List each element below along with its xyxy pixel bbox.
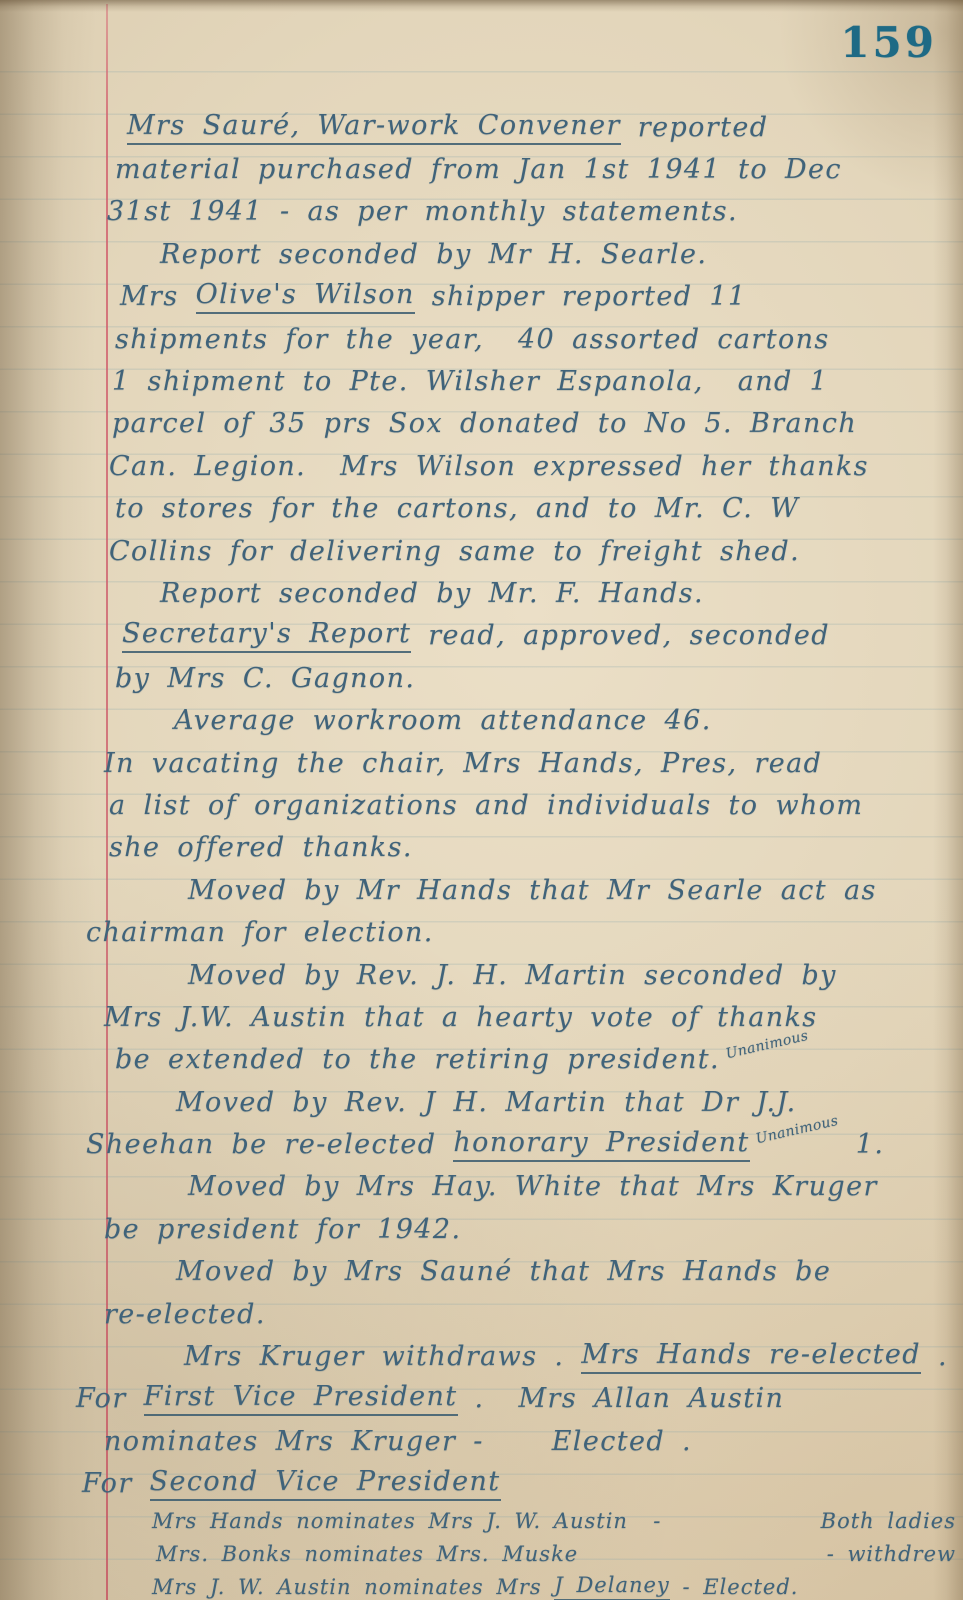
handwriting-line: parcel of 35 prs Sox donated to No 5. Br… bbox=[112, 403, 956, 445]
handwriting-line: material purchased from Jan 1st 1941 to … bbox=[115, 148, 956, 190]
handwriting-line: Average workroom attendance 46. bbox=[174, 699, 956, 741]
handwriting-text: re-elected. bbox=[104, 1299, 266, 1330]
page-top-edge bbox=[0, 0, 963, 12]
handwriting-line: Mrs Hands nominates Mrs J. W. Austin -Bo… bbox=[152, 1505, 956, 1538]
handwriting-text: For bbox=[82, 1468, 150, 1499]
handwriting-text: . Mrs Allan Austin bbox=[458, 1383, 785, 1414]
handwriting-text: Sheehan be re-elected bbox=[86, 1129, 453, 1160]
handwriting-text: nominates Mrs Kruger - Elected . bbox=[104, 1426, 692, 1457]
handwriting-text: to stores for the cartons, and to Mr. C.… bbox=[115, 493, 799, 524]
handwriting-line: Mrs Sauré, War-work Convener reported bbox=[127, 106, 956, 148]
handwriting-text: chairman for election. bbox=[86, 917, 434, 948]
handwriting-line: by Mrs C. Gagnon. bbox=[115, 657, 956, 699]
handwriting-text: Both ladies bbox=[821, 1509, 956, 1533]
handwriting-text: Moved by Mrs Sauné that Mrs Hands be bbox=[176, 1256, 831, 1287]
handwriting-line: Report seconded by Mr H. Searle. bbox=[160, 233, 956, 275]
handwriting-text: Mrs J. W. Austin nominates Mrs bbox=[152, 1575, 554, 1599]
handwriting-text: by Mrs C. Gagnon. bbox=[115, 663, 415, 694]
handwriting-text: Average workroom attendance 46. bbox=[174, 705, 712, 736]
handwriting-text: read, approved, seconded bbox=[411, 620, 830, 651]
handwriting-line: Report seconded by Mr. F. Hands. bbox=[160, 572, 956, 614]
handwriting-line: Collins for delivering same to freight s… bbox=[109, 530, 956, 572]
handwriting-line: be extended to the retiring president.Un… bbox=[115, 1039, 956, 1081]
handwriting-text: - Elected. bbox=[670, 1575, 799, 1599]
handwriting-line: Moved by Mr Hands that Mr Searle act as bbox=[188, 869, 956, 911]
handwriting-text: First Vice President bbox=[144, 1381, 458, 1416]
handwriting-line: For Second Vice President bbox=[82, 1463, 956, 1505]
red-margin-line bbox=[106, 4, 108, 1600]
handwriting-text: 31st 1941 - as per monthly statements. bbox=[107, 196, 738, 227]
handwriting-line: 31st 1941 - as per monthly statements. bbox=[107, 191, 956, 233]
handwriting-line: In vacating the chair, Mrs Hands, Pres, … bbox=[104, 742, 956, 784]
handwriting-text: Mrs Hands re-elected bbox=[581, 1339, 921, 1374]
handwriting-text: . bbox=[921, 1341, 948, 1372]
handwriting-line: Sheehan be re-elected honorary President… bbox=[86, 1123, 956, 1165]
handwriting-line: chairman for election. bbox=[86, 911, 956, 953]
notebook-page: 159 Mrs Sauré, War-work Convener reporte… bbox=[0, 0, 963, 1600]
handwriting-text: material purchased from Jan 1st 1941 to … bbox=[115, 154, 842, 185]
handwriting-text: shipments for the year, 40 assorted cart… bbox=[115, 324, 830, 355]
page-gutter-shadow bbox=[0, 0, 96, 1600]
handwriting-line: shipments for the year, 40 assorted cart… bbox=[115, 318, 956, 360]
handwriting-text: J Delaney bbox=[554, 1573, 669, 1600]
handwriting-text: Mrs bbox=[120, 281, 196, 312]
handwritten-minutes: Mrs Sauré, War-work Convener reportedmat… bbox=[112, 106, 956, 1600]
handwriting-text: shipper reported 11 bbox=[415, 281, 747, 312]
handwriting-text: 1. bbox=[839, 1129, 885, 1160]
handwriting-text: Report seconded by Mr H. Searle. bbox=[160, 239, 707, 270]
handwriting-text: Olive's Wilson bbox=[196, 279, 415, 314]
handwriting-text: Mrs Kruger withdraws . bbox=[184, 1341, 581, 1372]
handwriting-line: re-elected. bbox=[104, 1293, 956, 1335]
handwriting-line: be president for 1942. bbox=[104, 1208, 956, 1250]
handwriting-text: Mrs Sauré, War-work Convener bbox=[127, 110, 621, 145]
handwriting-line: Mrs Olive's Wilson shipper reported 11 bbox=[120, 276, 956, 318]
handwriting-text: she offered thanks. bbox=[109, 832, 413, 863]
handwriting-text: reported bbox=[621, 112, 769, 143]
handwriting-text: Second Vice President bbox=[150, 1466, 501, 1501]
handwriting-text: Moved by Mr Hands that Mr Searle act as bbox=[188, 875, 877, 906]
handwriting-line: to stores for the cartons, and to Mr. C.… bbox=[115, 488, 956, 530]
handwriting-text: - withdrew bbox=[827, 1542, 956, 1566]
handwriting-line: she offered thanks. bbox=[109, 827, 956, 869]
handwriting-text: Mrs. Bonks nominates Mrs. Muske bbox=[156, 1542, 578, 1566]
page-number: 159 bbox=[840, 22, 937, 64]
handwriting-text: be extended to the retiring president. bbox=[115, 1044, 720, 1075]
handwriting-text: In vacating the chair, Mrs Hands, Pres, … bbox=[104, 748, 822, 779]
handwriting-line: Moved by Mrs Sauné that Mrs Hands be bbox=[176, 1251, 956, 1293]
handwriting-text: parcel of 35 prs Sox donated to No 5. Br… bbox=[112, 408, 857, 439]
handwriting-line: a list of organizations and individuals … bbox=[109, 784, 956, 826]
handwriting-text: 1 shipment to Pte. Wilsher Espanola, and… bbox=[112, 366, 828, 397]
handwriting-text: Can. Legion. Mrs Wilson expressed her th… bbox=[109, 451, 869, 482]
handwriting-line: Moved by Rev. J. H. Martin seconded by bbox=[188, 954, 956, 996]
handwriting-text: Collins for delivering same to freight s… bbox=[109, 536, 800, 567]
handwriting-line: Mrs J.W. Austin that a hearty vote of th… bbox=[104, 996, 956, 1038]
handwriting-line: For First Vice President . Mrs Allan Aus… bbox=[76, 1378, 956, 1420]
handwriting-line: Can. Legion. Mrs Wilson expressed her th… bbox=[109, 445, 956, 487]
handwriting-line: Mrs J. W. Austin nominates Mrs J Delaney… bbox=[152, 1571, 956, 1600]
handwriting-line: nominates Mrs Kruger - Elected . bbox=[104, 1420, 956, 1462]
handwriting-text: Moved by Rev. J H. Martin that Dr J.J. bbox=[176, 1087, 797, 1118]
handwriting-text: a list of organizations and individuals … bbox=[109, 790, 863, 821]
handwriting-text: be president for 1942. bbox=[104, 1214, 461, 1245]
handwriting-text: Mrs Hands nominates Mrs J. W. Austin - bbox=[152, 1509, 661, 1533]
handwriting-line: Moved by Mrs Hay. White that Mrs Kruger bbox=[188, 1166, 956, 1208]
handwriting-text: Mrs J.W. Austin that a hearty vote of th… bbox=[104, 1002, 818, 1033]
handwriting-text: Secretary's Report bbox=[122, 618, 411, 653]
handwriting-text: honorary President bbox=[453, 1127, 749, 1162]
handwriting-text: For bbox=[76, 1383, 144, 1414]
handwriting-text: Moved by Mrs Hay. White that Mrs Kruger bbox=[188, 1171, 878, 1202]
handwriting-text: Report seconded by Mr. F. Hands. bbox=[160, 578, 704, 609]
handwriting-line: Moved by Rev. J H. Martin that Dr J.J. bbox=[176, 1081, 956, 1123]
handwriting-line: Secretary's Report read, approved, secon… bbox=[122, 615, 956, 657]
handwriting-line: Mrs. Bonks nominates Mrs. Muske- withdre… bbox=[156, 1538, 956, 1571]
handwriting-line: 1 shipment to Pte. Wilsher Espanola, and… bbox=[112, 360, 956, 402]
handwriting-line: Mrs Kruger withdraws . Mrs Hands re-elec… bbox=[184, 1335, 956, 1377]
handwriting-text: Moved by Rev. J. H. Martin seconded by bbox=[188, 960, 837, 991]
